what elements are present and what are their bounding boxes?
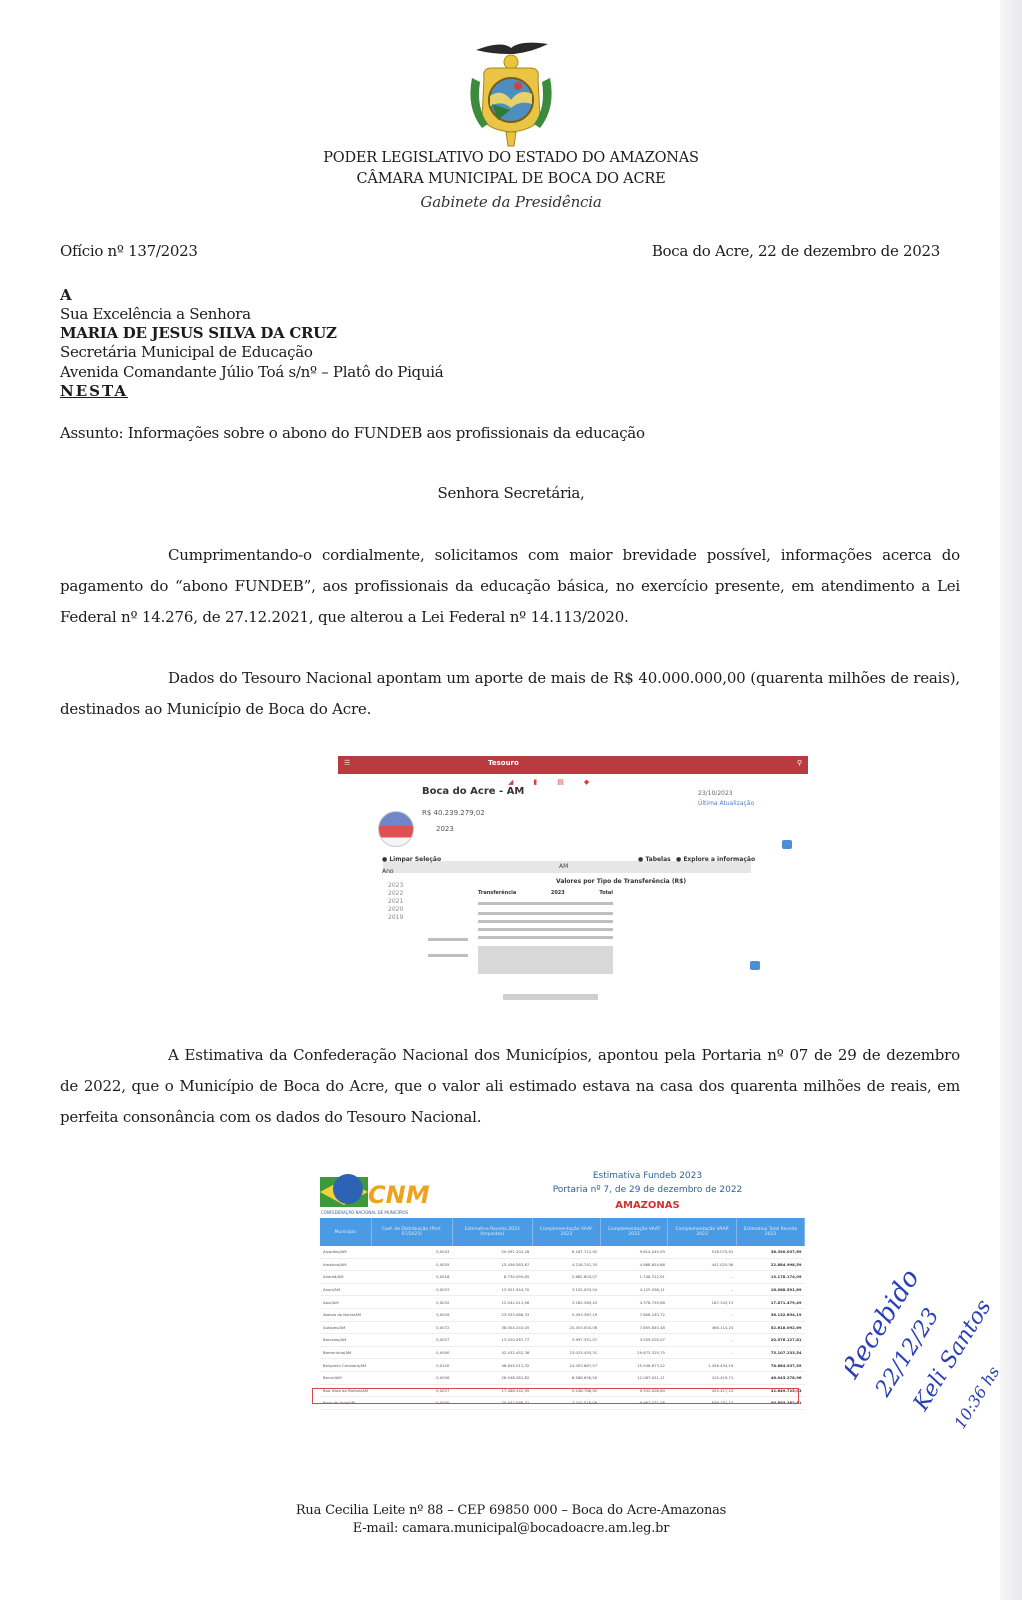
table-cell: 0,0072 <box>371 1321 452 1334</box>
table-cell: 20.091.202,26 <box>452 1246 532 1258</box>
table-cell: – <box>668 1346 736 1359</box>
tesouro-topbar: ☰ Tesouro ⚲ <box>338 756 808 774</box>
footer-email: E-mail: camara.municipal@bocadoacre.am.l… <box>0 1521 1022 1536</box>
table-cell: 9.614.045,59 <box>600 1246 668 1258</box>
cnm-state: AMAZONAS <box>490 1200 805 1211</box>
table-row: Anori/AM0,003313.921.544,703.152.053,044… <box>320 1283 805 1296</box>
menu-icon: ☰ <box>344 759 350 767</box>
cnm-col-header: Município <box>320 1218 371 1246</box>
table-cell: 17.871.479,49 <box>736 1296 804 1309</box>
nav-icons: ◢ ▮ ▤ ◆ <box>508 778 589 786</box>
municipality-amount: R$ 40.239.279,02 <box>422 809 485 817</box>
highlight-box-boca-do-acre <box>312 1388 799 1404</box>
svg-text:10:36 hs: 10:36 hs <box>950 1363 1003 1432</box>
table-cell: 15.546.873,22 <box>600 1359 668 1372</box>
table-cell: 1.748.312,91 <box>600 1271 668 1284</box>
update-date: 23/10/2023 <box>698 790 733 797</box>
table-cell: Apuí/AM <box>320 1296 371 1309</box>
table-cell: Barreirinha/AM <box>320 1346 371 1359</box>
table-cell: 7.655.840,48 <box>600 1321 668 1334</box>
table-row: Amaturá/AM0,003515.456.583,674.218.741,3… <box>320 1258 805 1271</box>
table-cell: 441.025,56 <box>668 1258 736 1271</box>
table-cell: 0,0100 <box>371 1359 452 1372</box>
table-cell: 8.730.095,85 <box>452 1271 532 1284</box>
cnm-col-header: Coef. de Distribuição (Port. 07/2023) <box>371 1218 452 1246</box>
svg-text:CONFEDERAÇÃO NACIONAL DE MUNIC: CONFEDERAÇÃO NACIONAL DE MUNICÍPIOS <box>321 1210 409 1215</box>
table-cell: Barcelos/AM <box>320 1334 371 1347</box>
table-cell: 46.043.278,96 <box>736 1371 804 1384</box>
table-cell: 0,0035 <box>371 1258 452 1271</box>
table-cell: 46.845.011,32 <box>452 1359 532 1372</box>
table-cell: 0,0056 <box>371 1371 452 1384</box>
letterhead-line-3: Gabinete da Presidência <box>0 193 1022 211</box>
table-cell: 3.559.205,07 <box>600 1334 668 1347</box>
place-date: Boca do Acre, 22 de dezembro de 2023 <box>652 242 940 260</box>
table-cell: 13.921.544,70 <box>452 1283 532 1296</box>
cnm-logo-icon: CNM CONFEDERAÇÃO NACIONAL DE MUNICÍPIOS <box>320 1167 430 1217</box>
table-row: Barreirinha/AM0,009042.432.452,3823.023.… <box>320 1346 805 1359</box>
paragraph-1: Cumprimentando-o cordialmente, solicitam… <box>60 540 960 633</box>
table-cell: Atalaia do Norte/AM <box>320 1308 371 1321</box>
transfer-table: Transferência2023Total <box>478 890 613 896</box>
table-cell: 38.054.244,05 <box>452 1321 532 1334</box>
table-cell: 26.548.381,82 <box>452 1371 532 1384</box>
table-cell: 78.684.937,59 <box>736 1359 804 1372</box>
table-cell: 29.673.325,75 <box>600 1346 668 1359</box>
subject-line: Assunto: Informações sobre o abono do FU… <box>60 424 645 442</box>
cnm-col-header: Complementação VAAF 2023 <box>532 1218 600 1246</box>
clear-selection-button[interactable]: ● Limpar Seleção <box>382 856 441 863</box>
footer-address: Rua Cecilia Leite nº 88 – CEP 69850 000 … <box>0 1503 1022 1518</box>
table-cell: 0,0032 <box>371 1296 452 1309</box>
tesouro-brand: Tesouro <box>488 759 519 767</box>
table-cell: 0,0043 <box>371 1246 452 1258</box>
cnm-col-header: Estimativa Receita 2023 (Impostos) <box>452 1218 532 1246</box>
table-cell: 0,0090 <box>371 1346 452 1359</box>
share-button[interactable] <box>782 840 792 849</box>
cnm-col-header: Estimativa Total Receita 2023 <box>736 1218 804 1246</box>
table-cell: 18.088.591,89 <box>736 1283 804 1296</box>
table-cell: 4.378.750,68 <box>600 1296 668 1309</box>
letterhead-line-1: PODER LEGISLATIVO DO ESTADO DO AMAZONAS <box>0 150 1022 166</box>
cnm-col-header: Complementação VAAT 2023 <box>600 1218 668 1246</box>
table-cell: 0,0018 <box>371 1271 452 1284</box>
table-cell: 13.178.174,09 <box>736 1271 804 1284</box>
table-cell: 0,0049 <box>371 1308 452 1321</box>
table-cell: 20.576.127,81 <box>736 1334 804 1347</box>
state-flag-icon <box>378 811 414 847</box>
help-button[interactable] <box>750 961 760 970</box>
table-cell: 8.588.658,50 <box>532 1371 600 1384</box>
cnm-table: MunicípioCoef. de Distribuição (Port. 07… <box>320 1218 805 1410</box>
table-cell: 187.343,13 <box>668 1296 736 1309</box>
table-cell: 4.218.741,35 <box>532 1258 600 1271</box>
table-row: Autazes/AM0,007238.054.244,0520.453.004,… <box>320 1321 805 1334</box>
table-row: Atalaia do Norte/AM0,004923.033.066,335.… <box>320 1308 805 1321</box>
table-cell: 7.606.240,72 <box>600 1308 668 1321</box>
recipient-local: NESTA <box>60 382 128 400</box>
tables-button[interactable]: ● Tabelas <box>638 856 671 863</box>
table-cell: Benjamin Constant/AM <box>320 1359 371 1372</box>
transfer-table-title: Valores por Tipo de Transferência (R$) <box>556 878 686 885</box>
table-cell: 36.132.894,19 <box>736 1308 804 1321</box>
table-cell: 23.023.455,31 <box>532 1346 600 1359</box>
table-cell: Autazes/AM <box>320 1321 371 1334</box>
table-cell: 0,0033 <box>371 1283 452 1296</box>
table-cell: Beruri/AM <box>320 1371 371 1384</box>
municipality-year: 2023 <box>436 825 454 833</box>
search-icon: ⚲ <box>797 759 802 767</box>
table-cell: 42.432.452,38 <box>452 1346 532 1359</box>
table-cell: 12.067.921,11 <box>600 1371 668 1384</box>
table-cell: 4.125.298,11 <box>600 1283 668 1296</box>
table-cell: 518.075,91 <box>668 1246 736 1258</box>
table-cell: Anamã/AM <box>320 1271 371 1284</box>
table-cell: 15.456.583,67 <box>452 1258 532 1271</box>
recipient-role: Secretária Municipal de Educação <box>60 343 313 361</box>
table-cell: 75.107.233,54 <box>736 1346 804 1359</box>
table-cell: 13.020.267,77 <box>452 1334 532 1347</box>
table-row: Benjamin Constant/AM0,010046.845.011,322… <box>320 1359 805 1372</box>
table-cell: 4.988.654,66 <box>600 1258 668 1271</box>
recipient-to: A <box>60 286 71 304</box>
recipient-name: MARIA DE JESUS SILVA DA CRUZ <box>60 324 337 342</box>
table-cell: 52.618.092,69 <box>736 1321 804 1334</box>
cnm-estimate-table-image: CNM CONFEDERAÇÃO NACIONAL DE MUNICÍPIOS … <box>320 1165 805 1435</box>
table-cell: – <box>668 1283 736 1296</box>
table-row: Anamã/AM0,00188.730.095,852.682.803,071.… <box>320 1271 805 1284</box>
table-cell: 5.493.367,19 <box>532 1308 600 1321</box>
table-cell: 468.114,24 <box>668 1321 736 1334</box>
table-cell: 23.033.066,33 <box>452 1308 532 1321</box>
year-filter-list[interactable]: 20232022202120202019 <box>388 882 403 922</box>
year-filter-label: Ano <box>382 868 394 875</box>
table-cell: 12.042.011,06 <box>452 1296 532 1309</box>
table-row: Apuí/AM0,003212.042.011,063.262.369,434.… <box>320 1296 805 1309</box>
cnm-col-header: Complementação VAAR 2023 <box>668 1218 736 1246</box>
update-label: Última Atualização <box>698 800 754 807</box>
table-row: Barcelos/AM0,003713.020.267,773.997.351,… <box>320 1334 805 1347</box>
table-row: Alvarães/AM0,004320.091.202,266.167.712,… <box>320 1246 805 1258</box>
greeting: Senhora Secretária, <box>0 484 1022 502</box>
paragraph-3: A Estimativa da Confederação Nacional do… <box>60 1040 960 1133</box>
table-cell: Alvarães/AM <box>320 1246 371 1258</box>
cnm-title: Estimativa Fundeb 2023 <box>490 1171 805 1181</box>
table-cell: 36.390.037,69 <box>736 1246 804 1258</box>
recipient-address: Avenida Comandante Júlio Toá s/nº – Plat… <box>60 363 443 381</box>
paragraph-2: Dados do Tesouro Nacional apontam um apo… <box>60 663 960 725</box>
table-cell: 1.456.454,19 <box>668 1359 736 1372</box>
tesouro-screenshot: ☰ Tesouro ⚲ ◢ ▮ ▤ ◆ Boca do Acre - AM R$… <box>338 756 808 1026</box>
table-cell: 2.682.803,07 <box>532 1271 600 1284</box>
table-cell: 6.167.712,92 <box>532 1246 600 1258</box>
explore-button[interactable]: ● Explore a informação <box>676 856 755 863</box>
table-cell: 22.884.998,59 <box>736 1258 804 1271</box>
coat-of-arms-icon <box>462 38 560 148</box>
handwritten-receipt-note: Recebido 22/12/23 Keli Santos 10:36 hs <box>845 1230 1022 1440</box>
table-cell: 3.152.053,04 <box>532 1283 600 1296</box>
table-cell: Amaturá/AM <box>320 1258 371 1271</box>
table-cell: Anori/AM <box>320 1283 371 1296</box>
svg-text:CNM: CNM <box>368 1181 430 1209</box>
cnm-subtitle: Portaria nº 7, de 29 de dezembro de 2022 <box>490 1185 805 1195</box>
table-cell: – <box>668 1334 736 1347</box>
table-cell: 0,0037 <box>371 1334 452 1347</box>
table-cell: 24.453.667,57 <box>532 1359 600 1372</box>
table-cell: 3.997.351,07 <box>532 1334 600 1347</box>
document-reference: Ofício nº 137/2023 <box>60 242 198 260</box>
table-cell: – <box>668 1308 736 1321</box>
letterhead-line-2: CÂMARA MUNICIPAL DE BOCA DO ACRE <box>0 171 1022 187</box>
table-cell: 3.262.369,43 <box>532 1296 600 1309</box>
municipality-name: Boca do Acre - AM <box>422 786 524 797</box>
table-cell: – <box>668 1271 736 1284</box>
table-row: Beruri/AM0,005626.548.381,828.588.658,50… <box>320 1371 805 1384</box>
table-cell: 20.453.004,06 <box>532 1321 600 1334</box>
recipient-salutation: Sua Excelência a Senhora <box>60 305 251 323</box>
table-cell: 415.419,71 <box>668 1371 736 1384</box>
